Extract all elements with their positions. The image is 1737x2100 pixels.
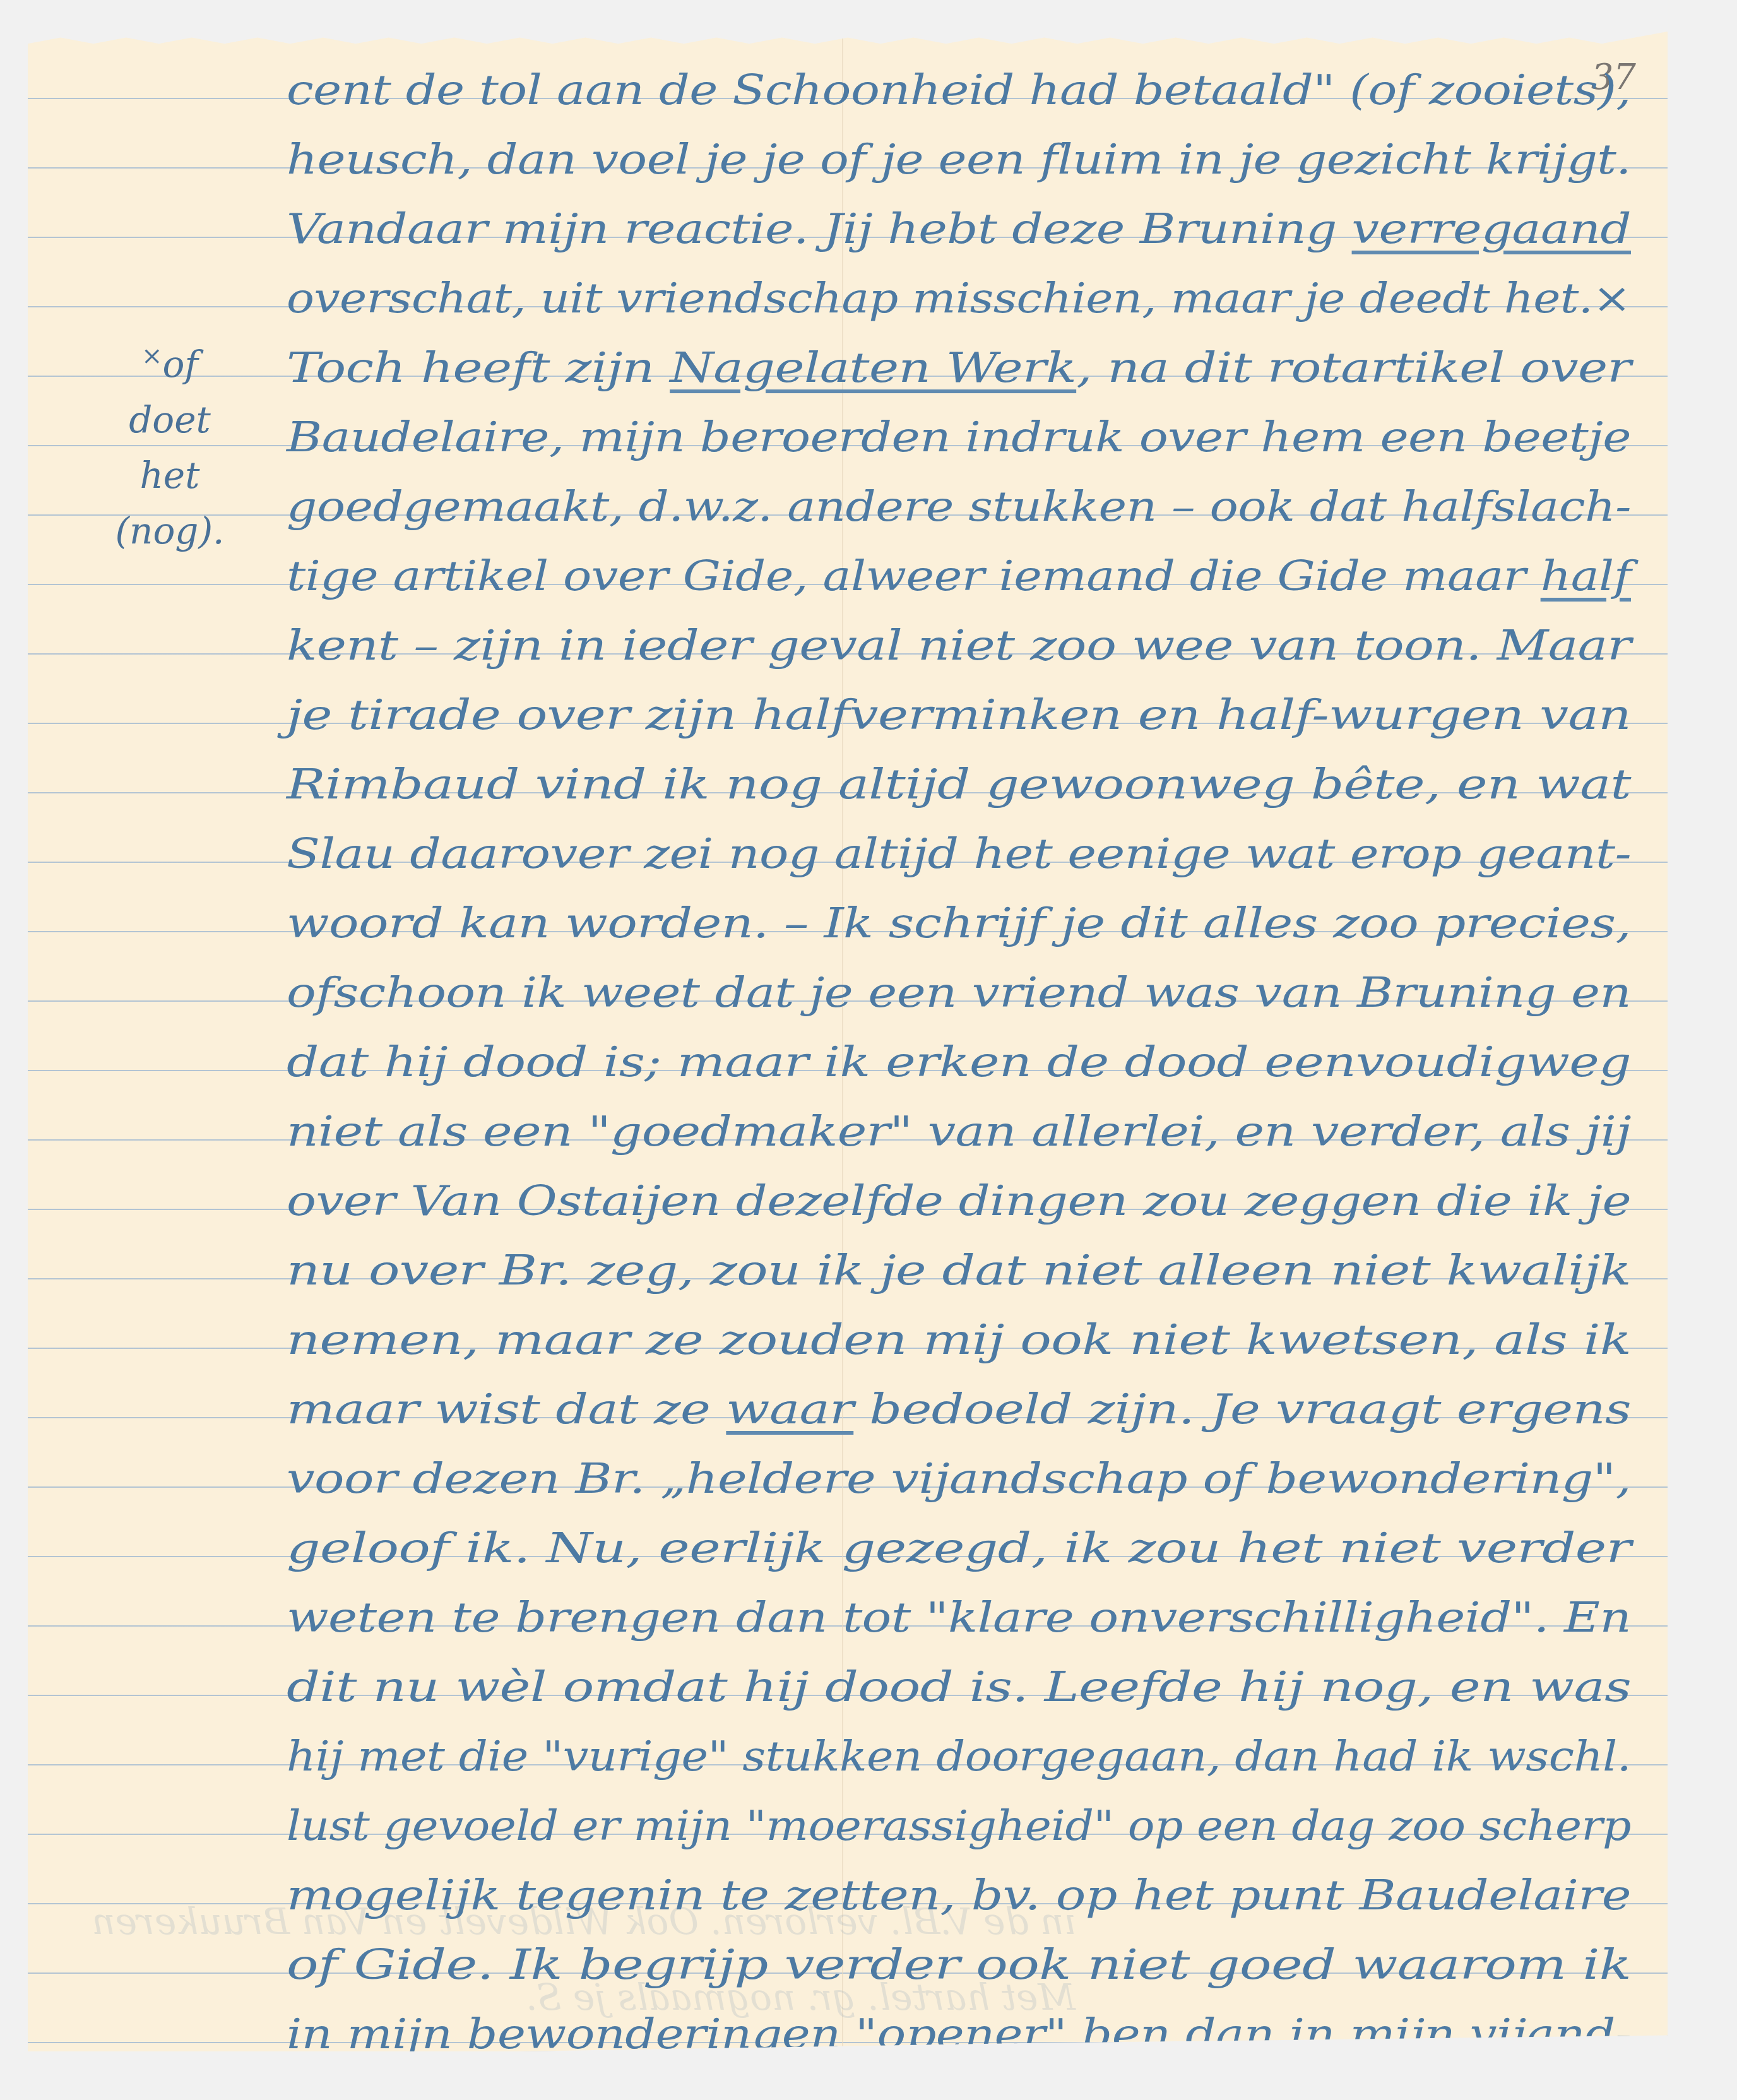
text-line-content: dat hij dood is; maar ik erken de dood e… <box>287 1028 1631 1097</box>
text-segment: Rimbaud vind ik nog altijd gewoonweg bêt… <box>287 760 1631 809</box>
text-segment: goedgemaakt, d.w.z. andere stukken – ook… <box>287 482 1631 531</box>
text-line: over Van Ostaijen dezelfde dingen zou ze… <box>287 1166 1663 1236</box>
text-segment: dat hij dood is; maar ik erken de dood e… <box>287 1038 1631 1086</box>
text-segment: voor dezen Br. „heldere vijandschap of b… <box>287 1454 1631 1503</box>
text-line-content: niet als een "goedmaker" van allerlei, e… <box>287 1097 1631 1166</box>
text-line-content: in mijn bewonderingen "opener" ben dan i… <box>287 2000 1631 2069</box>
text-line: nemen, maar ze zouden mij ook niet kwets… <box>287 1305 1663 1375</box>
text-line-content: maar wist dat ze waar bedoeld zijn. Je v… <box>287 1375 1631 1444</box>
text-line-content: tige artikel over Gide, alweer iemand di… <box>287 542 1631 611</box>
text-line-content: of Gide. Ik begrijp verder ook niet goed… <box>287 1930 1631 2000</box>
text-line: geloof ik. Nu, eerlijk gezegd, ik zou he… <box>287 1514 1663 1583</box>
text-line-content: dit nu wèl omdat hij dood is. Leefde hij… <box>287 1652 1631 1722</box>
text-segment: dit nu wèl omdat hij dood is. Leefde hij… <box>287 1663 1631 1711</box>
text-line: weten te brengen dan tot "klare onversch… <box>287 1583 1663 1652</box>
margin-note: ×of doet het (nog). <box>97 328 242 559</box>
text-line: ofschoon ik weet dat je een vriend was v… <box>287 958 1663 1028</box>
text-line: Slau daarover zei nog altijd het eenige … <box>287 819 1663 889</box>
text-line: maar wist dat ze waar bedoeld zijn. Je v… <box>287 1375 1663 1444</box>
text-line-content: Toch heeft zijn Nagelaten Werk, na dit r… <box>287 333 1631 403</box>
text-line-content: je tirade over zijn halfverminken en hal… <box>287 680 1631 750</box>
text-line-content: ofschoon ik weet dat je een vriend was v… <box>287 958 1631 1028</box>
text-segment: lust gevoeld er mijn "moerassigheid" op … <box>287 1801 1631 1850</box>
text-line: Rimbaud vind ik nog altijd gewoonweg bêt… <box>287 750 1663 819</box>
text-line-content: nu over Br. zeg, zou ik je dat niet alle… <box>287 1236 1631 1305</box>
text-segment: bedoeld zijn. Je vraagt ergens <box>853 1385 1631 1433</box>
text-line: of Gide. Ik begrijp verder ook niet goed… <box>287 1930 1663 2000</box>
text-segment: heusch, dan voel je je of je een fluim i… <box>287 135 1631 184</box>
text-line: dit nu wèl omdat hij dood is. Leefde hij… <box>287 1652 1663 1722</box>
text-line: goedgemaakt, d.w.z. andere stukken – ook… <box>287 472 1663 542</box>
text-segment: kent – zijn in ieder geval niet zoo wee … <box>287 621 1631 670</box>
text-segment: geloof ik. Nu, eerlijk gezegd, ik zou he… <box>287 1524 1631 1572</box>
margin-note-line: doet het <box>97 392 242 503</box>
text-line: hij met die "vurige" stukken doorgegaan,… <box>287 1722 1663 1791</box>
text-line: nu over Br. zeg, zou ik je dat niet alle… <box>287 1236 1663 1305</box>
text-line: niet als een "goedmaker" van allerlei, e… <box>287 1097 1663 1166</box>
text-line: mogelijk tegenin te zetten, bv. op het p… <box>287 1861 1663 1930</box>
text-segment: over Van Ostaijen dezelfde dingen zou ze… <box>287 1177 1631 1225</box>
text-segment: ofschoon ik weet dat je een vriend was v… <box>287 968 1631 1017</box>
text-segment: nemen, maar ze zouden mij ook niet kwets… <box>287 1315 1631 1364</box>
text-segment: weten te brengen dan tot "klare onversch… <box>287 1593 1631 1642</box>
underlined-text: half <box>1541 552 1631 600</box>
text-line-content: kent – zijn in ieder geval niet zoo wee … <box>287 611 1631 680</box>
text-line: voor dezen Br. „heldere vijandschap of b… <box>287 1444 1663 1514</box>
text-line-content: lust gevoeld er mijn "moerassigheid" op … <box>287 1791 1631 1861</box>
letter-page: in de V.Bl. verloren. Ook Wildevelt en V… <box>28 32 1668 2051</box>
text-line: je tirade over zijn halfverminken en hal… <box>287 680 1663 750</box>
text-segment: Toch heeft zijn <box>287 343 670 392</box>
text-line: cent de tol aan de Schoonheid had betaal… <box>287 56 1663 125</box>
text-segment: overschat, uit vriendschap misschien, ma… <box>287 274 1631 323</box>
text-line: tige artikel over Gide, alweer iemand di… <box>287 542 1663 611</box>
text-line: lust gevoeld er mijn "moerassigheid" op … <box>287 1791 1663 1861</box>
text-segment: Vandaar mijn reactie. Jij hebt deze Brun… <box>287 205 1352 253</box>
text-line-content: goedgemaakt, d.w.z. andere stukken – ook… <box>287 472 1631 542</box>
text-line: kent – zijn in ieder geval niet zoo wee … <box>287 611 1663 680</box>
text-segment: Baudelaire, mijn beroerden indruk over h… <box>287 413 1631 461</box>
text-line: Vandaar mijn reactie. Jij hebt deze Brun… <box>287 194 1663 264</box>
underlined-text: verregaand <box>1352 205 1631 253</box>
margin-note-line: of <box>163 343 198 386</box>
text-line-content: mogelijk tegenin te zetten, bv. op het p… <box>287 1861 1631 1930</box>
text-line-content: Baudelaire, mijn beroerden indruk over h… <box>287 403 1631 472</box>
text-line-content: heusch, dan voel je je of je een fluim i… <box>287 125 1631 194</box>
text-line-content: geloof ik. Nu, eerlijk gezegd, ik zou he… <box>287 1514 1631 1583</box>
text-line: Toch heeft zijn Nagelaten Werk, na dit r… <box>287 333 1663 403</box>
text-line-content: over Van Ostaijen dezelfde dingen zou ze… <box>287 1166 1631 1236</box>
text-line: Baudelaire, mijn beroerden indruk over h… <box>287 403 1663 472</box>
text-line: woord kan worden. – Ik schrijf je dit al… <box>287 889 1663 958</box>
text-line-content: voor dezen Br. „heldere vijandschap of b… <box>287 1444 1631 1514</box>
text-segment: je tirade over zijn halfverminken en hal… <box>287 691 1631 739</box>
text-segment: mogelijk tegenin te zetten, bv. op het p… <box>287 1871 1631 1919</box>
text-line-content: nemen, maar ze zouden mij ook niet kwets… <box>287 1305 1631 1375</box>
letter-body: cent de tol aan de Schoonheid had betaal… <box>287 56 1663 2069</box>
text-segment: tige artikel over Gide, alweer iemand di… <box>287 552 1541 600</box>
text-segment: of Gide. Ik begrijp verder ook niet goed… <box>287 1940 1631 1989</box>
text-line-content: Rimbaud vind ik nog altijd gewoonweg bêt… <box>287 750 1631 819</box>
text-segment: hij met die "vurige" stukken doorgegaan,… <box>287 1732 1631 1781</box>
text-line-content: hij met die "vurige" stukken doorgegaan,… <box>287 1722 1631 1791</box>
text-line: overschat, uit vriendschap misschien, ma… <box>287 264 1663 333</box>
margin-note-line: (nog). <box>97 503 242 559</box>
text-line-content: Vandaar mijn reactie. Jij hebt deze Brun… <box>287 194 1631 264</box>
text-segment: cent de tol aan de Schoonheid had betaal… <box>287 66 1631 114</box>
text-line: in mijn bewonderingen "opener" ben dan i… <box>287 2000 1663 2069</box>
text-line-content: cent de tol aan de Schoonheid had betaal… <box>287 56 1631 125</box>
text-segment: Slau daarover zei nog altijd het eenige … <box>287 829 1631 878</box>
text-segment: maar wist dat ze <box>287 1385 726 1433</box>
text-line-content: overschat, uit vriendschap misschien, ma… <box>287 264 1631 333</box>
text-line-content: weten te brengen dan tot "klare onversch… <box>287 1583 1631 1652</box>
underlined-text: Nagelaten Werk <box>670 343 1076 392</box>
text-line-content: woord kan worden. – Ik schrijf je dit al… <box>287 889 1631 958</box>
text-line-content: Slau daarover zei nog altijd het eenige … <box>287 819 1631 889</box>
footnote-marker: × <box>141 341 163 371</box>
text-segment: , na dit rotartikel over <box>1076 343 1631 392</box>
text-segment: woord kan worden. – Ik schrijf je dit al… <box>287 899 1631 947</box>
text-segment: nu over Br. zeg, zou ik je dat niet alle… <box>287 1246 1631 1295</box>
text-segment: in mijn bewonderingen "opener" ben dan i… <box>287 2010 1631 2058</box>
text-line: heusch, dan voel je je of je een fluim i… <box>287 125 1663 194</box>
underlined-text: waar <box>726 1385 853 1433</box>
text-line: dat hij dood is; maar ik erken de dood e… <box>287 1028 1663 1097</box>
text-segment: niet als een "goedmaker" van allerlei, e… <box>287 1107 1631 1156</box>
